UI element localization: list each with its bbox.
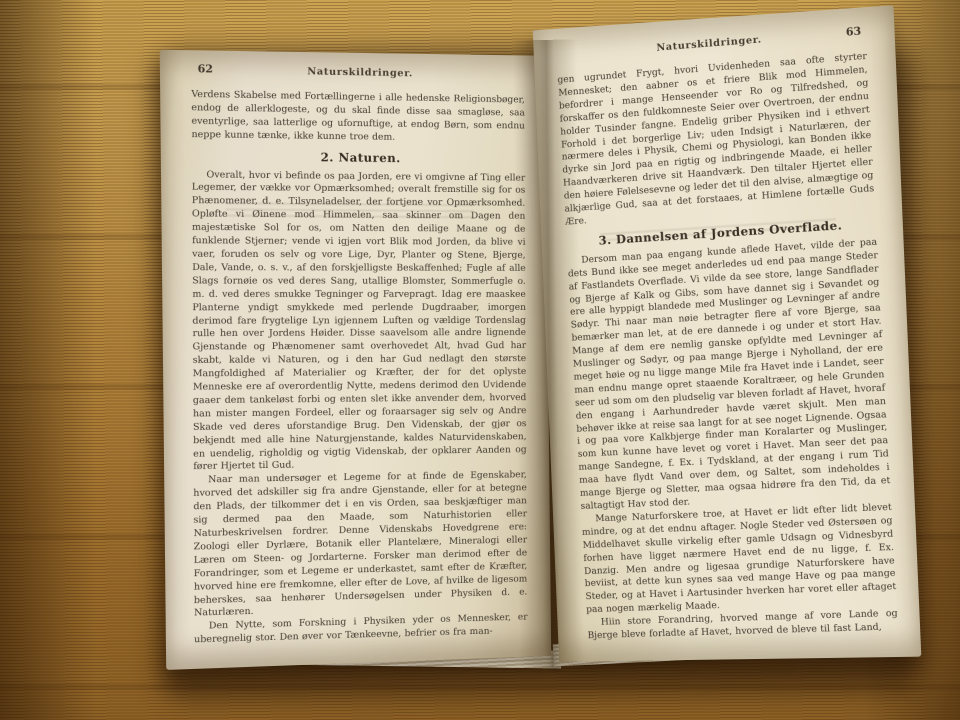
book-page-right: Naturskildringer. 63 gen ugrundet Frygt,… (533, 5, 922, 662)
right-page-body-text: gen ugrundet Frygt, hvori Uvidenheden sa… (557, 51, 898, 644)
paragraph: Verdens Skabelse med Fortællingerne i al… (191, 89, 525, 147)
running-head-left: Naturskildringer. (191, 64, 524, 82)
paragraph: Overalt, hvor vi befinde os paa Jorden, … (192, 168, 527, 474)
page-number-63: 63 (846, 25, 862, 39)
paragraph: Mange Naturforskere troe, at Havet er li… (581, 501, 897, 617)
left-page-header: 62 Naturskildringer. (191, 64, 525, 89)
left-page-content: 62 Naturskildringer. Verdens Skabelse me… (161, 50, 549, 669)
right-page-content: Naturskildringer. 63 gen ugrundet Frygt,… (533, 5, 922, 662)
paragraph: Naar man undersøger et Legeme for at fin… (193, 470, 527, 621)
book-page-left: 62 Naturskildringer. Verdens Skabelse me… (160, 50, 551, 670)
open-book: 62 Naturskildringer. Verdens Skabelse me… (146, 6, 915, 694)
paragraph: Dersom man paa engang kunde aflede Havet… (567, 236, 891, 514)
section-heading-naturen: 2. Naturen. (192, 149, 526, 166)
paragraph: gen ugrundet Frygt, hvori Uvidenheden sa… (557, 51, 875, 230)
left-page-body-text: Verdens Skabelse med Fortællingerne i al… (191, 89, 527, 648)
